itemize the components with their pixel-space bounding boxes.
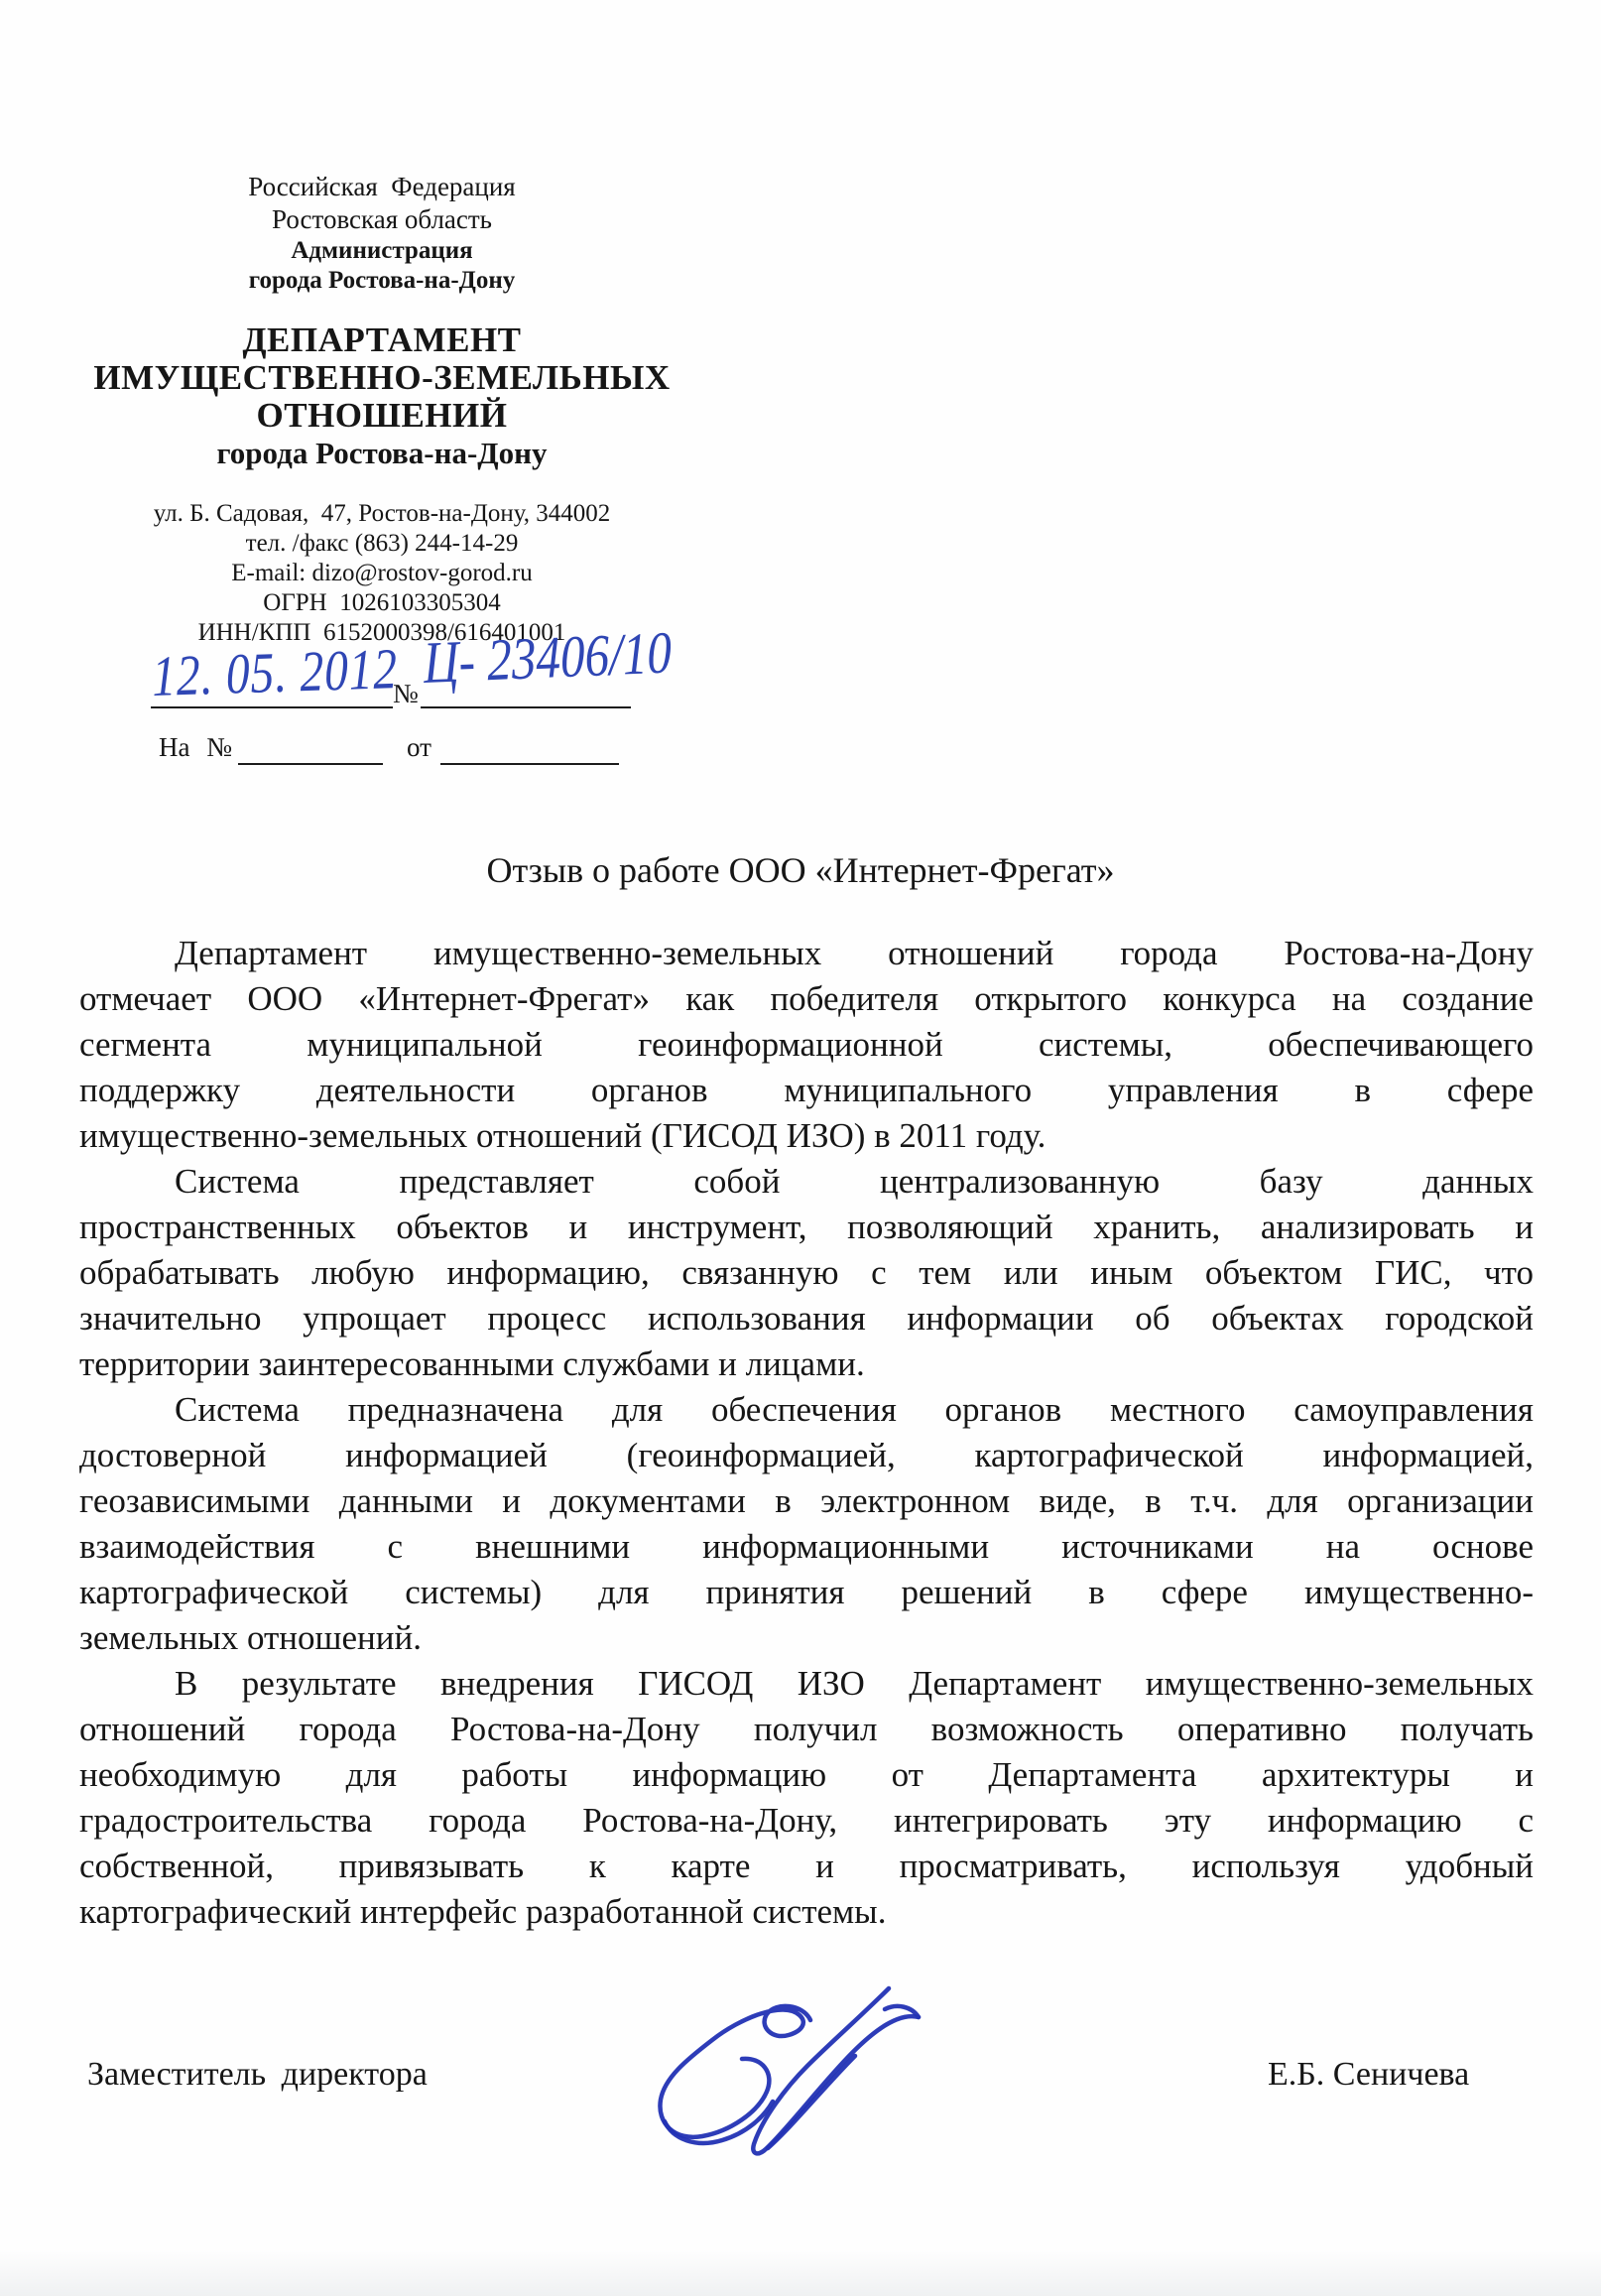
postal-address: ул. Б. Садовая, 47, Ростов-на-Дону, 3440… [84, 499, 679, 529]
body-line: картографический интерфейс разработанной… [79, 1889, 1534, 1935]
letter-body: Департамент имущественно-земельных отнош… [79, 931, 1534, 1935]
reply-date-underline [440, 763, 619, 765]
date-underline [151, 706, 393, 708]
department-name: ДЕПАРТАМЕНТ ИМУЩЕСТВЕННО-ЗЕМЕЛЬНЫХ ОТНОШ… [84, 321, 679, 472]
department-city: города Ростова-на-Дону [84, 435, 679, 472]
body-line: необходимую для работы информацию от Деп… [79, 1752, 1534, 1798]
department-line-1: ДЕПАРТАМЕНТ [84, 321, 679, 359]
body-line: взаимодействия с внешними информационным… [79, 1524, 1534, 1570]
body-line: поддержку деятельности органов муниципал… [79, 1068, 1534, 1113]
body-line: значительно упрощает процесс использован… [79, 1296, 1534, 1341]
body-line: территории заинтересованными службами и … [79, 1341, 1534, 1387]
scan-shadow [0, 2250, 1601, 2296]
signer-name: Е.Б. Сеничева [1268, 2056, 1469, 2094]
letterhead-city: города Ростова-на-Дону [84, 266, 679, 296]
scanned-letter-page: Российская Федерация Ростовская область … [0, 0, 1601, 2296]
org-hierarchy: Российская Федерация Ростовская область … [84, 171, 679, 296]
department-line-3: ОТНОШЕНИЙ [84, 397, 679, 435]
body-line: Система предназначена для обеспечения ор… [79, 1387, 1534, 1433]
department-line-2: ИМУЩЕСТВЕННО-ЗЕМЕЛЬНЫХ [84, 359, 679, 397]
number-underline [421, 706, 631, 708]
body-line: В результате внедрения ГИСОД ИЗО Департа… [79, 1661, 1534, 1707]
signature-autograph [613, 1947, 930, 2175]
body-line: отношений города Ростова-на-Дону получил… [79, 1707, 1534, 1752]
body-line: достоверной информацией (геоинформацией,… [79, 1433, 1534, 1478]
body-line: земельных отношений. [79, 1615, 1534, 1661]
body-line: собственной, привязывать к карте и просм… [79, 1844, 1534, 1889]
body-line: пространственных объектов и инструмент, … [79, 1205, 1534, 1250]
reply-number-underline [238, 763, 383, 765]
phone-fax: тел. /факс (863) 244-14-29 [84, 529, 679, 559]
signature-stroke [753, 1988, 919, 2153]
body-line: отмечает ООО «Интернет-Фрегат» как побед… [79, 976, 1534, 1022]
email-address: E-mail: dizo@rostov-gorod.ru [84, 559, 679, 588]
body-line: обрабатывать любую информацию, связанную… [79, 1250, 1534, 1296]
signature-stroke [768, 2056, 855, 2148]
body-line: Департамент имущественно-земельных отнош… [79, 931, 1534, 976]
body-line: Система представляет собой централизован… [79, 1159, 1534, 1205]
letterhead-region: Ростовская область [84, 203, 679, 236]
body-line: градостроительства города Ростова-на-Дон… [79, 1798, 1534, 1844]
document-title: Отзыв о работе ООО «Интернет-Фрегат» [0, 849, 1601, 891]
signer-position: Заместитель директора [87, 2056, 428, 2094]
letterhead-admin: Администрация [84, 236, 679, 266]
reply-from-label: от [407, 732, 431, 763]
ogrn-number: ОГРН 1026103305304 [84, 588, 679, 618]
letterhead-country: Российская Федерация [84, 171, 679, 203]
handwritten-number: Ц- 23406/10 [423, 618, 673, 698]
body-line: геозависимыми данными и документами в эл… [79, 1478, 1534, 1524]
body-line: сегмента муниципальной геоинформационной… [79, 1022, 1534, 1068]
handwritten-date: 12. 05. 2012 [152, 635, 399, 709]
body-line: картографической системы) для принятия р… [79, 1570, 1534, 1615]
reply-to-label: На № [159, 732, 232, 763]
signature-stroke [660, 2006, 810, 2137]
body-line: имущественно-земельных отношений (ГИСОД … [79, 1113, 1534, 1159]
number-sign: № [393, 679, 419, 709]
